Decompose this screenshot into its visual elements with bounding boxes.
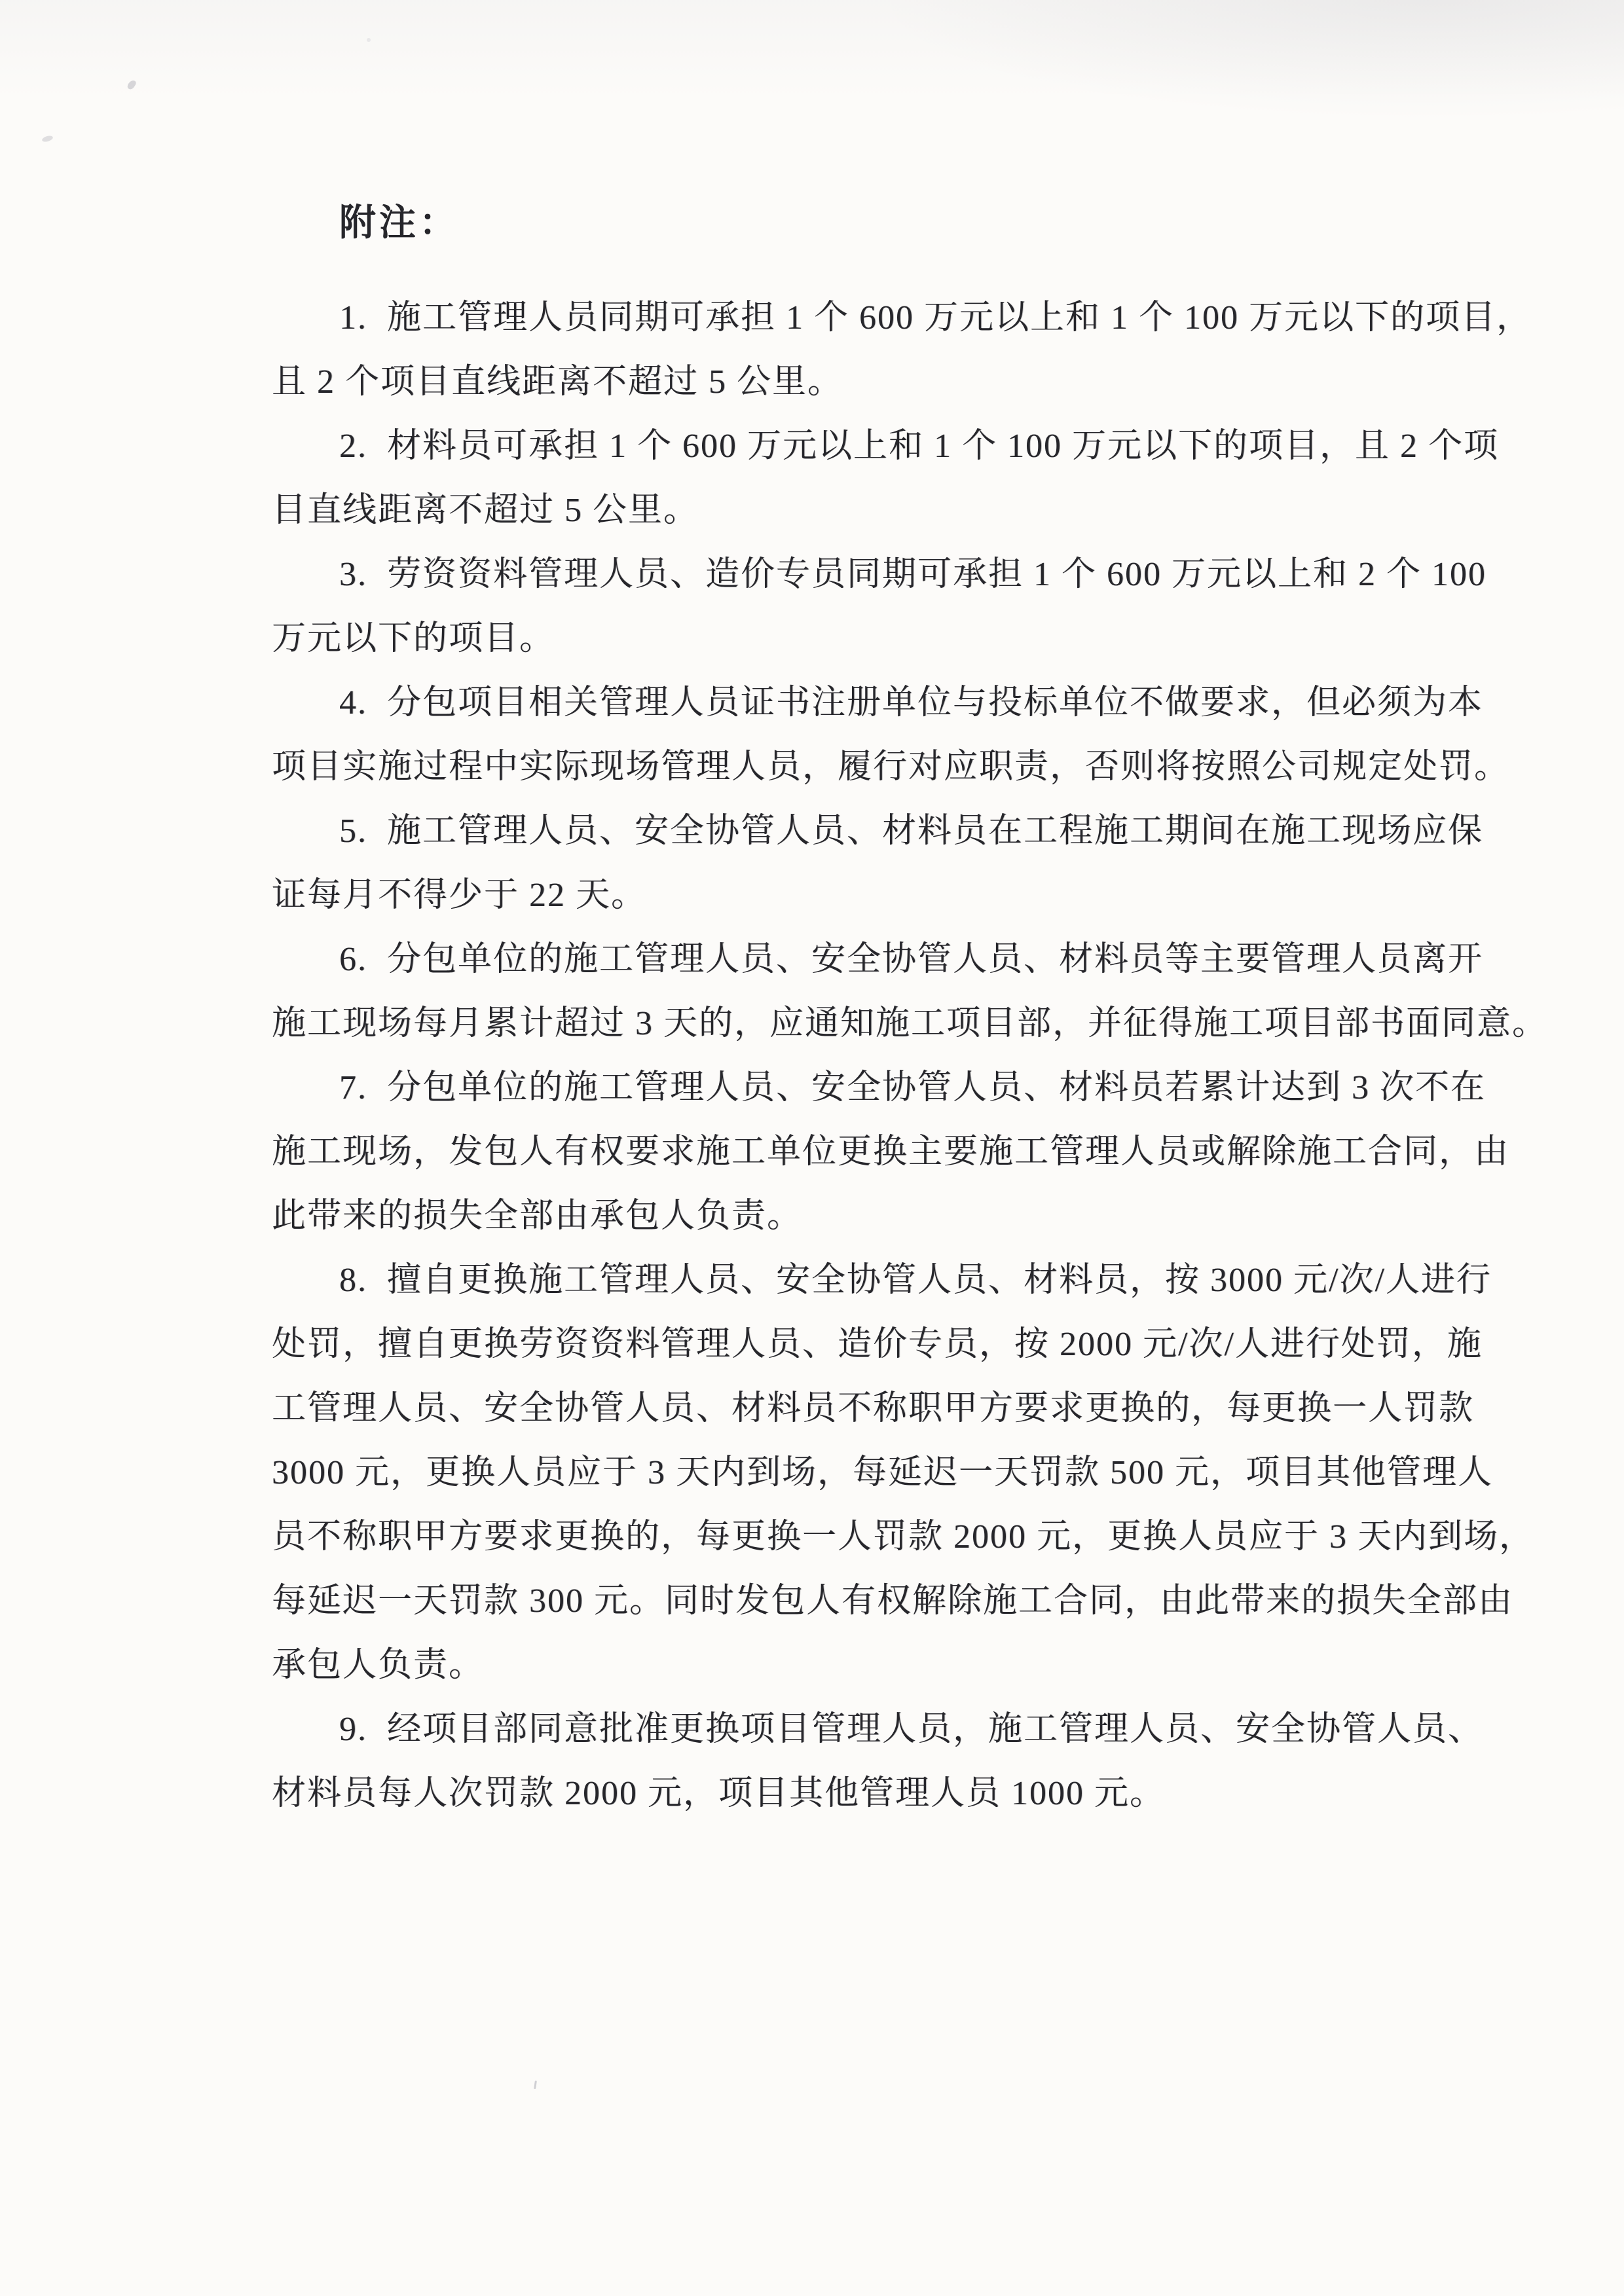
note-item-6-line-1: 6.分包单位的施工管理人员、安全协管人员、材料员等主要管理人员离开 xyxy=(272,928,1424,992)
note-item-4-line-2: 项目实施过程中实际现场管理人员，履行对应职责，否则将按照公司规定处罚。 xyxy=(272,735,1424,799)
note-item-4: 4.分包项目相关管理人员证书注册单位与投标单位不做要求，但必须为本 项目实施过程… xyxy=(272,671,1424,799)
note-item-7-number: 7. xyxy=(339,1056,367,1120)
note-item-2-text: 材料员可承担 1 个 600 万元以上和 1 个 100 万元以下的项目，且 2… xyxy=(387,428,1499,465)
note-item-1-line-2: 且 2 个项目直线距离不超过 5 公里。 xyxy=(272,350,1424,414)
note-item-9-text: 经项目部同意批准更换项目管理人员，施工管理人员、安全协管人员、 xyxy=(387,1711,1483,1748)
note-item-8-line-4: 3000 元，更换人员应于 3 天内到场，每延迟一天罚款 500 元，项目其他管… xyxy=(272,1441,1424,1505)
note-item-9: 9.经项目部同意批准更换项目管理人员，施工管理人员、安全协管人员、 材料员每人次… xyxy=(272,1698,1424,1826)
note-item-5-line-2: 证每月不得少于 22 天。 xyxy=(272,864,1424,928)
scan-speck xyxy=(534,2081,537,2089)
note-item-8-line-7: 承包人负责。 xyxy=(272,1633,1424,1698)
note-item-8-line-6: 每延迟一天罚款 300 元。同时发包人有权解除施工合同，由此带来的损失全部由 xyxy=(272,1569,1424,1633)
note-item-8-line-2: 处罚，擅自更换劳资资料管理人员、造价专员，按 2000 元/次/人进行处罚，施 xyxy=(272,1313,1424,1377)
notes-heading: 附注： xyxy=(272,191,1424,255)
note-item-5: 5.施工管理人员、安全协管人员、材料员在工程施工期间在施工现场应保 证每月不得少… xyxy=(272,799,1424,928)
note-item-3-text: 劳资资料管理人员、造价专员同期可承担 1 个 600 万元以上和 2 个 100 xyxy=(387,556,1486,593)
note-item-6: 6.分包单位的施工管理人员、安全协管人员、材料员等主要管理人员离开 施工现场每月… xyxy=(272,928,1424,1056)
note-item-2-line-1: 2.材料员可承担 1 个 600 万元以上和 1 个 100 万元以下的项目，且… xyxy=(272,414,1424,479)
note-item-7-line-1: 7.分包单位的施工管理人员、安全协管人员、材料员若累计达到 3 次不在 xyxy=(272,1056,1424,1120)
note-item-1-number: 1. xyxy=(339,286,367,350)
scan-speck xyxy=(41,135,54,143)
note-item-4-number: 4. xyxy=(339,671,367,735)
note-item-8-text: 擅自更换施工管理人员、安全协管人员、材料员，按 3000 元/次/人进行 xyxy=(387,1262,1492,1299)
note-item-9-line-1: 9.经项目部同意批准更换项目管理人员，施工管理人员、安全协管人员、 xyxy=(272,1698,1424,1762)
note-item-7-line-2: 施工现场，发包人有权要求施工单位更换主要施工管理人员或解除施工合同，由 xyxy=(272,1120,1424,1184)
note-item-3-line-1: 3.劳资资料管理人员、造价专员同期可承担 1 个 600 万元以上和 2 个 1… xyxy=(272,543,1424,607)
note-item-2-line-2: 目直线距离不超过 5 公里。 xyxy=(272,479,1424,543)
note-item-7-line-3: 此带来的损失全部由承包人负责。 xyxy=(272,1184,1424,1248)
note-item-2-number: 2. xyxy=(339,414,367,479)
note-item-2: 2.材料员可承担 1 个 600 万元以上和 1 个 100 万元以下的项目，且… xyxy=(272,414,1424,543)
note-item-8: 8.擅自更换施工管理人员、安全协管人员、材料员，按 3000 元/次/人进行 处… xyxy=(272,1248,1424,1698)
scanned-document-page: 附注： 1.施工管理人员同期可承担 1 个 600 万元以上和 1 个 100 … xyxy=(0,0,1624,2296)
note-item-4-text: 分包项目相关管理人员证书注册单位与投标单位不做要求，但必须为本 xyxy=(387,684,1483,721)
note-item-7: 7.分包单位的施工管理人员、安全协管人员、材料员若累计达到 3 次不在 施工现场… xyxy=(272,1056,1424,1248)
note-item-3: 3.劳资资料管理人员、造价专员同期可承担 1 个 600 万元以上和 2 个 1… xyxy=(272,543,1424,671)
scan-speck xyxy=(367,38,371,42)
note-item-6-text: 分包单位的施工管理人员、安全协管人员、材料员等主要管理人员离开 xyxy=(387,941,1483,978)
scan-speck xyxy=(126,79,137,90)
note-item-8-number: 8. xyxy=(339,1248,367,1313)
notes-section: 附注： 1.施工管理人员同期可承担 1 个 600 万元以上和 1 个 100 … xyxy=(272,191,1424,1826)
note-item-3-line-2: 万元以下的项目。 xyxy=(272,607,1424,671)
note-item-8-line-5: 员不称职甲方要求更换的，每更换一人罚款 2000 元，更换人员应于 3 天内到场… xyxy=(272,1505,1424,1569)
note-item-7-text: 分包单位的施工管理人员、安全协管人员、材料员若累计达到 3 次不在 xyxy=(387,1069,1486,1106)
note-item-6-number: 6. xyxy=(339,928,367,992)
note-item-4-line-1: 4.分包项目相关管理人员证书注册单位与投标单位不做要求，但必须为本 xyxy=(272,671,1424,735)
note-item-1: 1.施工管理人员同期可承担 1 个 600 万元以上和 1 个 100 万元以下… xyxy=(272,286,1424,414)
note-item-9-line-2: 材料员每人次罚款 2000 元，项目其他管理人员 1000 元。 xyxy=(272,1762,1424,1826)
note-item-5-text: 施工管理人员、安全协管人员、材料员在工程施工期间在施工现场应保 xyxy=(387,812,1483,850)
note-item-9-number: 9. xyxy=(339,1698,367,1762)
note-item-8-line-1: 8.擅自更换施工管理人员、安全协管人员、材料员，按 3000 元/次/人进行 xyxy=(272,1248,1424,1313)
note-item-5-number: 5. xyxy=(339,799,367,864)
note-item-1-text: 施工管理人员同期可承担 1 个 600 万元以上和 1 个 100 万元以下的项… xyxy=(387,299,1532,337)
note-item-3-number: 3. xyxy=(339,543,367,607)
note-item-5-line-1: 5.施工管理人员、安全协管人员、材料员在工程施工期间在施工现场应保 xyxy=(272,799,1424,864)
note-item-1-line-1: 1.施工管理人员同期可承担 1 个 600 万元以上和 1 个 100 万元以下… xyxy=(272,286,1424,350)
note-item-6-line-2: 施工现场每月累计超过 3 天的，应通知施工项目部，并征得施工项目部书面同意。 xyxy=(272,992,1424,1056)
note-item-8-line-3: 工管理人员、安全协管人员、材料员不称职甲方要求更换的，每更换一人罚款 xyxy=(272,1377,1424,1441)
